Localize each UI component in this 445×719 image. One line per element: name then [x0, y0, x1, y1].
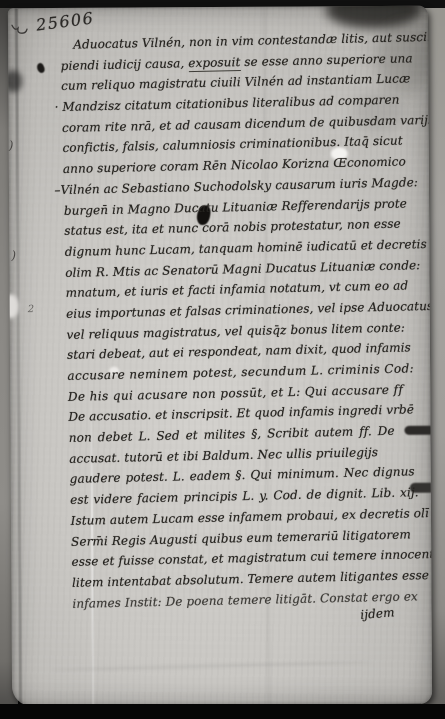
margin-mark: ): [11, 248, 16, 262]
line-text: piendi iudicij causa,: [61, 56, 189, 73]
page-crease-left: [15, 8, 22, 706]
page-fold-bottom: [52, 661, 372, 671]
line-text: se esse anno superiore una: [240, 51, 413, 69]
margin-mark: 2: [28, 304, 34, 315]
manuscript-photo: 25606 ) ) 2 Aduocatus Vilnén, non in vim…: [0, 0, 445, 719]
ink-speck: [35, 62, 46, 74]
margin-mark: ): [9, 138, 14, 152]
manuscript-text-block: Aduocatus Vilnén, non in vim contestandæ…: [60, 27, 431, 634]
manuscript-page: 25606 ) ) 2 Aduocatus Vilnén, non in vim…: [8, 6, 432, 707]
underlined-word: exposuit: [188, 55, 240, 72]
stain-left-edge: [8, 70, 23, 92]
margin-squiggle: [10, 20, 36, 40]
photo-border-bottom: [0, 704, 445, 719]
archive-number: 25606: [35, 8, 95, 34]
